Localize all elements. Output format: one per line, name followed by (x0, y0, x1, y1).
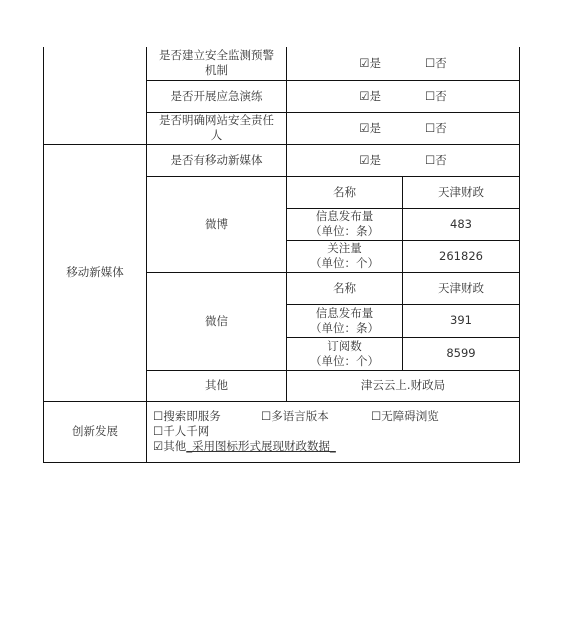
no-checkbox[interactable]: ☐否 (425, 89, 447, 104)
wechat-subs-value: 8599 (403, 337, 520, 370)
wechat-posts-value: 391 (403, 304, 520, 337)
label-line: 机制 (151, 63, 282, 78)
weibo-name-value: 天津财政 (403, 176, 520, 208)
row-label: 是否建立安全监测预警 机制 (147, 47, 287, 80)
innovation-options: ☐搜索即服务☐多语言版本☐无障碍浏览 ☐千人千网 ☑其他_采用图标形式展现财政数… (147, 401, 520, 462)
no-checkbox[interactable]: ☐否 (425, 56, 447, 71)
weibo-follow-value: 261826 (403, 240, 520, 272)
mobile-section-label: 移动新媒体 (44, 144, 147, 401)
other-label: 其他 (147, 370, 287, 401)
weibo-label: 微博 (147, 176, 287, 272)
label-line: 是否明确网站安全责任 (151, 113, 282, 128)
label-line: 是否建立安全监测预警 (151, 48, 282, 63)
no-checkbox[interactable]: ☐否 (425, 153, 447, 168)
label-line: 关注量 (291, 241, 398, 256)
option-multilingual[interactable]: ☐多语言版本 (261, 409, 371, 424)
report-table: 是否建立安全监测预警 机制 ☑是☐否 是否开展应急演练 ☑是☐否 是否明确网站安… (43, 47, 520, 463)
label-line: （单位：个） (291, 354, 398, 369)
name-header: 名称 (287, 272, 403, 304)
label-line: 订阅数 (291, 339, 398, 354)
label-line: （单位：条） (291, 321, 398, 336)
yes-no-cell: ☑是☐否 (287, 112, 520, 144)
no-checkbox[interactable]: ☐否 (425, 121, 447, 136)
label-line: 人 (151, 128, 282, 143)
yes-no-cell: ☑是☐否 (287, 144, 520, 176)
row-label: 是否开展应急演练 (147, 80, 287, 112)
follow-label: 关注量 （单位：个） (287, 240, 403, 272)
table-row: 创新发展 ☐搜索即服务☐多语言版本☐无障碍浏览 ☐千人千网 ☑其他_采用图标形式… (44, 401, 520, 462)
label-line: 信息发布量 (291, 209, 398, 224)
row-label: 是否有移动新媒体 (147, 144, 287, 176)
yes-checkbox[interactable]: ☑是 (359, 89, 381, 104)
table-row: 移动新媒体 是否有移动新媒体 ☑是☐否 (44, 144, 520, 176)
label-line: （单位：个） (291, 256, 398, 271)
posts-label: 信息发布量 （单位：条） (287, 208, 403, 240)
name-header: 名称 (287, 176, 403, 208)
wechat-label: 微信 (147, 272, 287, 370)
security-section-cell (44, 47, 147, 144)
weibo-posts-value: 483 (403, 208, 520, 240)
subs-label: 订阅数 （单位：个） (287, 337, 403, 370)
yes-checkbox[interactable]: ☑是 (359, 56, 381, 71)
option-search-service[interactable]: ☐搜索即服务 (153, 409, 261, 424)
option-other-value: _采用图标形式展现财政数据_ (186, 439, 336, 454)
yes-no-cell: ☑是☐否 (287, 47, 520, 80)
label-line: 信息发布量 (291, 306, 398, 321)
label-line: （单位：条） (291, 224, 398, 239)
innovation-section-label: 创新发展 (44, 401, 147, 462)
option-accessibility[interactable]: ☐无障碍浏览 (371, 409, 439, 424)
posts-label: 信息发布量 （单位：条） (287, 304, 403, 337)
table-row: 是否建立安全监测预警 机制 ☑是☐否 (44, 47, 520, 80)
option-personalized[interactable]: ☐千人千网 (153, 424, 209, 439)
row-label: 是否明确网站安全责任 人 (147, 112, 287, 144)
wechat-name-value: 天津财政 (403, 272, 520, 304)
yes-checkbox[interactable]: ☑是 (359, 121, 381, 136)
yes-no-cell: ☑是☐否 (287, 80, 520, 112)
yes-checkbox[interactable]: ☑是 (359, 153, 381, 168)
option-other-checkbox[interactable]: ☑其他 (153, 439, 186, 454)
other-value: 津云云上.财政局 (287, 370, 520, 401)
